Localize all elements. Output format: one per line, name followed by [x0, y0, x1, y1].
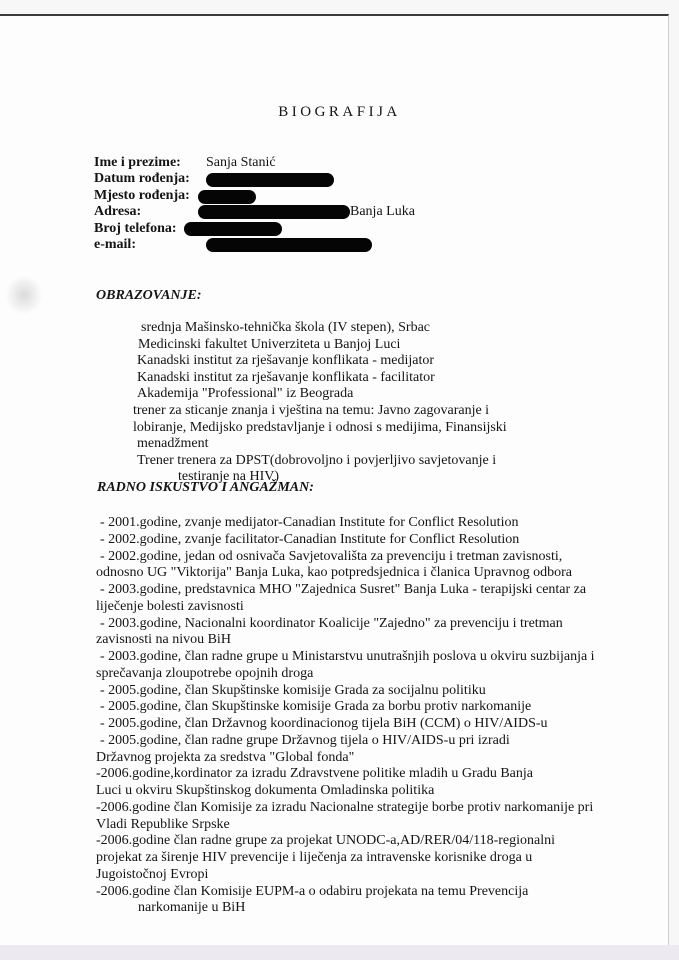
redaction-bar [206, 173, 334, 187]
birth-date-label: Datum rođenja: [94, 171, 204, 187]
experience-item: -2006.godine,kordinator za izradu Zdravs… [96, 766, 533, 782]
experience-item: Državnog projekta za sredstva "Global fo… [96, 750, 354, 766]
experience-item: projekat za širenje HIV prevencije i lij… [96, 850, 532, 866]
experience-item: - 2005.godine, član radne grupe Državnog… [100, 733, 510, 749]
info-row-name: Ime i prezime: Sanja Stanić [94, 155, 204, 171]
experience-item: - 2002.godine, jedan od osnivača Savjeto… [100, 549, 562, 565]
experience-item: zavisnosti na nivou BiH [96, 632, 231, 648]
education-item: menadžment [137, 436, 209, 452]
education-item: Kanadski institut za rješavanje konflika… [137, 353, 434, 369]
experience-item: -2006.godine član Komisije za izradu Nac… [96, 800, 593, 816]
redaction-bar [198, 190, 256, 204]
experience-item: - 2003.godine, član radne grupe u Minist… [100, 649, 595, 665]
experience-item: liječenje bolesti zavisnosti [96, 599, 244, 615]
document-title: BIOGRAFIJA [0, 104, 679, 121]
info-row-email: e-mail: [94, 237, 204, 253]
education-item: Akademija "Professional" iz Beograda [137, 386, 353, 402]
address-value: Banja Luka [350, 204, 415, 220]
redaction-bar [206, 238, 372, 252]
address-label: Adresa: [94, 204, 204, 220]
experience-item: -2006.godine član radne grupe za projeka… [96, 833, 555, 849]
name-label: Ime i prezime: [94, 155, 204, 171]
scan-bottom-edge [0, 945, 679, 960]
education-item: srednja Mašinsko-tehnička škola (IV step… [141, 320, 430, 336]
education-item: Kanadski institut za rješavanje konflika… [137, 370, 435, 386]
info-row-phone: Broj telefona: [94, 221, 204, 237]
experience-item: Luci u okviru Skupštinskog dokumenta Oml… [96, 783, 434, 799]
redaction-bar [184, 222, 282, 236]
education-item: lobiranje, Medijsko predstavljanje i odn… [133, 420, 507, 436]
experience-item: - 2005.godine, član Skupštinske komisije… [100, 683, 486, 699]
scan-smudge [5, 275, 43, 315]
info-row-birth-place: Mjesto rođenja: [94, 188, 204, 204]
birth-place-label: Mjesto rođenja: [94, 188, 204, 204]
redaction-bar [198, 205, 350, 219]
education-item: Trener trenera za DPST(dobrovoljno i pov… [137, 453, 496, 469]
experience-item: - 2003.godine, predstavnica MHO "Zajedni… [100, 582, 586, 598]
experience-item: - 2005.godine, član Državnog koordinacio… [100, 716, 548, 732]
name-value: Sanja Stanić [206, 155, 276, 171]
experience-item: - 2001.godine, zvanje medijator-Canadian… [100, 515, 518, 531]
info-row-address: Adresa: Banja Luka [94, 204, 204, 220]
experience-item: odnosno UG "Viktorija" Banja Luka, kao p… [96, 565, 572, 581]
experience-item: sprečavanja zloupotrebe opojnih droga [96, 666, 313, 682]
education-heading: OBRAZOVANJE: [96, 288, 202, 304]
personal-info: Ime i prezime: Sanja Stanić Datum rođenj… [94, 155, 204, 253]
experience-item: - 2005.godine, član Skupštinske komisije… [100, 699, 531, 715]
email-label: e-mail: [94, 237, 204, 253]
experience-item: Vladi Republike Srpske [96, 817, 230, 833]
experience-item: Jugoistočnoj Evropi [96, 867, 208, 883]
experience-item: - 2002.godine, zvanje facilitator-Canadi… [100, 532, 519, 548]
experience-item: - 2003.godine, Nacionalni koordinator Ko… [100, 616, 563, 632]
education-item: trener za sticanje znanja i vještina na … [133, 403, 489, 419]
experience-item: -2006.godine član Komisije EUPM-a o odab… [96, 884, 528, 900]
info-row-birth-date: Datum rođenja: [94, 171, 204, 187]
experience-item: narkomanije u BiH [138, 900, 245, 916]
experience-heading: RADNO ISKUSTVO I ANGAŽMAN: [97, 480, 314, 496]
education-item: Medicinski fakultet Univerziteta u Banjo… [138, 337, 400, 353]
